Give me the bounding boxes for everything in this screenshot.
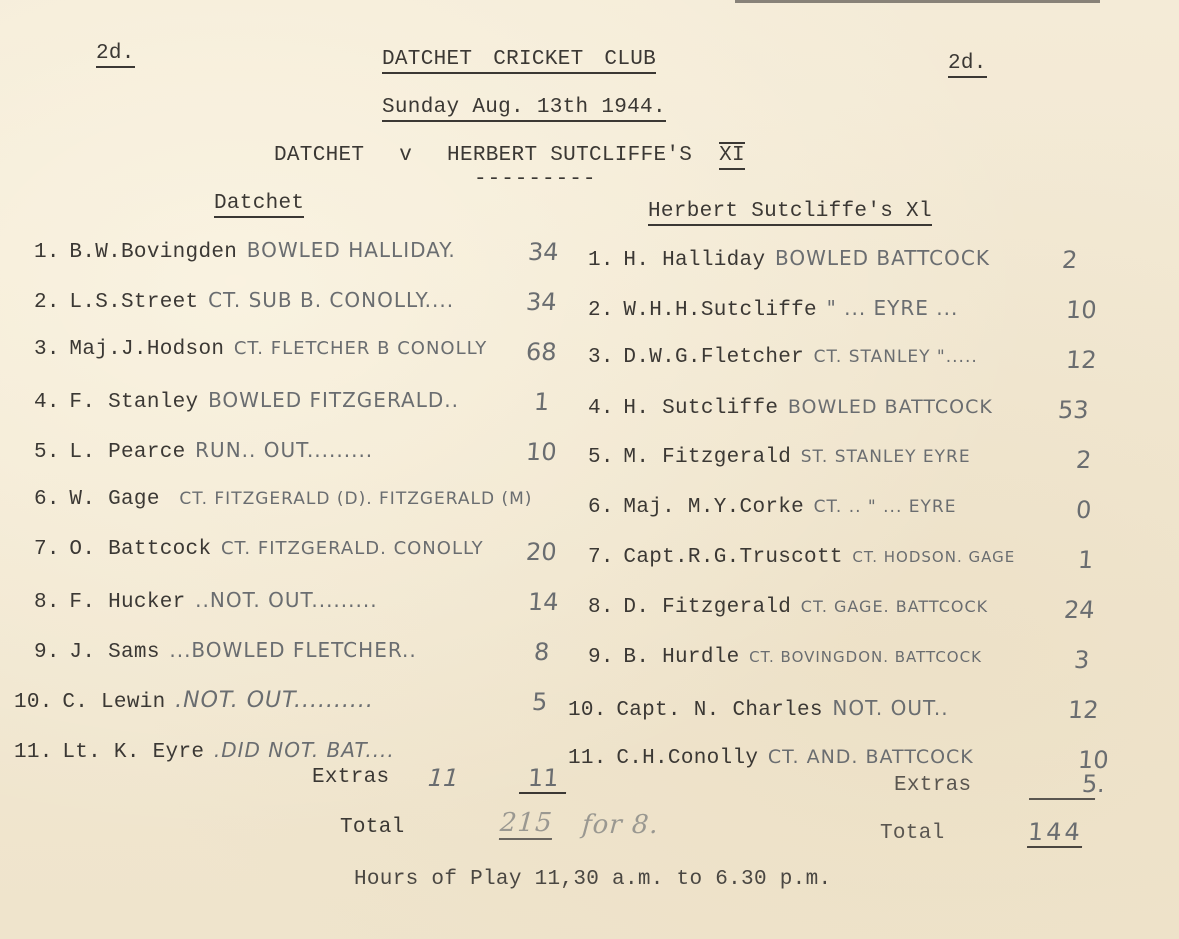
player-number: 7. [34, 538, 60, 561]
datchet-total-note: for 8. [581, 810, 660, 840]
runs: 14 [527, 588, 560, 616]
player-name: C.H.Conolly [616, 747, 758, 770]
player-name: O. Battcock [69, 538, 211, 561]
runs: 20 [525, 538, 558, 566]
price-left: 2d. [96, 42, 135, 68]
player-name: Maj. M.Y.Corke [623, 496, 804, 519]
player-name: W. Gage [69, 488, 159, 511]
runs: 1 [533, 388, 550, 416]
player-name: L.S.Street [69, 291, 198, 314]
runs: 2 [1075, 446, 1092, 474]
runs: 24 [1063, 596, 1096, 624]
runs: 5 [531, 688, 548, 716]
player-name: M. Fitzgerald [623, 446, 791, 469]
fixture-xi: XI [719, 142, 745, 170]
club-title: DATCHET CRICKET CLUB [382, 48, 656, 74]
dismissal: Ct. .. " ... Eyre [814, 497, 957, 517]
player-name: H. Halliday [623, 249, 765, 272]
runs: 12 [1067, 696, 1100, 724]
paper-edge-line [735, 0, 1100, 3]
visitors-extras-value: 5. [1029, 770, 1097, 800]
runs: 68 [525, 338, 558, 366]
dismissal: Ct. Fletcher B Conolly [234, 338, 487, 359]
datchet-row-5: 5. L. Pearce Run.. Out......... 10 [34, 438, 373, 468]
player-number: 7. [588, 546, 614, 569]
visitors-total-label: Total [880, 822, 945, 845]
dismissal: Ct. Fitzgerald (D). Fitzgerald (M) [179, 489, 532, 509]
datchet-row-6: 6. W. Gage Ct. Fitzgerald (D). Fitzgeral… [34, 488, 532, 518]
visitors-row-4: 4. H. Sutcliffe Bowled Battcock 53 [588, 396, 993, 426]
datchet-row-11: 11. Lt. K. Eyre .Did Not. Bat.... [14, 738, 395, 768]
match-date: Sunday Aug. 13th 1944. [382, 96, 666, 119]
fixture-versus: v [399, 144, 412, 167]
dismissal: Ct. Gage. Battcock [801, 597, 988, 616]
player-name: W.H.H.Sutcliffe [623, 299, 817, 322]
fixture-line: DATCHET v HERBERT SUTCLIFFE'S XI [274, 144, 745, 167]
datchet-row-3: 3. Maj.J.Hodson Ct. Fletcher B Conolly 6… [34, 338, 487, 368]
datchet-row-9: 9. J. Sams ...Bowled Fletcher.. 8 [34, 638, 417, 668]
player-name: Maj.J.Hodson [69, 338, 224, 361]
player-number: 2. [34, 291, 60, 314]
dismissal: Ct. Sub B. Conolly.... [208, 288, 454, 312]
runs: 12 [1065, 346, 1098, 374]
dismissal: Ct. Fitzgerald. Conolly [221, 538, 484, 559]
player-number: 9. [34, 641, 60, 664]
dismissal: Bowled Halliday. [247, 238, 456, 262]
player-name: F. Hucker [69, 591, 185, 614]
dismissal: ...Bowled Fletcher.. [169, 638, 416, 662]
player-number: 8. [34, 591, 60, 614]
datchet-total-label: Total [340, 816, 405, 839]
visitors-row-6: 6. Maj. M.Y.Corke Ct. .. " ... Eyre 0 [588, 496, 956, 526]
datchet-extras-note: 11 [427, 764, 460, 792]
player-number: 1. [34, 241, 60, 264]
dismissal: Ct. Bovingdon. Battcock [749, 648, 982, 666]
datchet-row-1: 1. B.W.Bovingden Bowled Halliday. 34 [34, 238, 456, 268]
player-name: J. Sams [69, 641, 159, 664]
player-name: L. Pearce [69, 441, 185, 464]
visitors-row-10: 10. Capt. N. Charles Not. Out.. 12 [568, 696, 949, 726]
player-name: Lt. K. Eyre [62, 741, 204, 764]
visitors-row-9: 9. B. Hurdle Ct. Bovingdon. Battcock 3 [588, 646, 982, 676]
dismissal: " ... Eyre ... [827, 296, 959, 320]
player-name: B. Hurdle [623, 646, 739, 669]
player-number: 3. [34, 338, 60, 361]
visitors-row-3: 3. D.W.G.Fletcher Ct. Stanley "..... 12 [588, 346, 978, 376]
player-number: 11. [568, 747, 607, 770]
player-number: 6. [588, 496, 614, 519]
player-name: F. Stanley [69, 391, 198, 414]
datchet-row-10: 10. C. Lewin .Not. Out.......... 5 [14, 688, 374, 718]
fixture-home: DATCHET [274, 144, 364, 167]
runs: 53 [1057, 396, 1090, 424]
dismissal: Bowled Battcock [775, 246, 990, 270]
player-number: 9. [588, 646, 614, 669]
runs: 3 [1073, 646, 1090, 674]
visitors-row-8: 8. D. Fitzgerald Ct. Gage. Battcock 24 [588, 596, 988, 626]
visitors-row-7: 7. Capt.R.G.Truscott Ct. Hodson. Gage 1 [588, 546, 1015, 576]
player-number: 2. [588, 299, 614, 322]
dismissal: St. Stanley Eyre [801, 447, 971, 467]
match-date-text: Sunday Aug. 13th 1944. [382, 96, 666, 122]
player-number: 8. [588, 596, 614, 619]
visitors-row-1: 1. H. Halliday Bowled Battcock 2 [588, 246, 990, 276]
datchet-row-7: 7. O. Battcock Ct. Fitzgerald. Conolly 2… [34, 538, 484, 568]
dismissal: Bowled Battcock [788, 396, 993, 418]
dismissal: ..Not. Out......... [195, 588, 377, 612]
player-number: 5. [34, 441, 60, 464]
runs: 0 [1075, 496, 1092, 524]
runs: 34 [527, 238, 560, 266]
player-number: 4. [34, 391, 60, 414]
dismissal: Ct. Stanley "..... [814, 347, 978, 367]
player-number: 11. [14, 741, 53, 764]
player-number: 6. [34, 488, 60, 511]
runs: 34 [525, 288, 558, 316]
player-name: B.W.Bovingden [69, 241, 237, 264]
hours-of-play: Hours of Play 11,30 a.m. to 6.30 p.m. [354, 868, 831, 891]
dismissal: Ct. And. Battcock [768, 746, 974, 768]
visitors-row-2: 2. W.H.H.Sutcliffe " ... Eyre ... 10 [588, 296, 958, 326]
runs: 2 [1061, 246, 1078, 274]
dismissal: Run.. Out......... [195, 438, 373, 462]
visitors-total-value: 144 [1027, 818, 1084, 848]
runs: 8 [533, 638, 550, 666]
player-name: Capt. N. Charles [616, 699, 822, 722]
datchet-total-value: 215 [499, 808, 554, 840]
datchet-row-2: 2. L.S.Street Ct. Sub B. Conolly.... 34 [34, 288, 454, 318]
player-number: 3. [588, 346, 614, 369]
header-divider: --------- [474, 168, 596, 191]
player-name: Capt.R.G.Truscott [623, 546, 842, 569]
dismissal: Bowled Fitzgerald.. [208, 388, 459, 412]
player-number: 4. [588, 397, 614, 420]
datchet-extras-value: 11 [519, 764, 568, 794]
player-number: 10. [568, 699, 607, 722]
player-name: D.W.G.Fletcher [623, 346, 804, 369]
datchet-row-4: 4. F. Stanley Bowled Fitzgerald.. 1 [34, 388, 459, 418]
price-right: 2d. [948, 52, 987, 78]
player-name: H. Sutcliffe [623, 397, 778, 420]
dismissal: .Did Not. Bat.... [214, 738, 395, 762]
dismissal: Not. Out.. [832, 696, 948, 720]
dismissal: Ct. Hodson. Gage [852, 548, 1015, 566]
player-number: 10. [14, 691, 53, 714]
runs: 1 [1077, 546, 1094, 574]
player-name: C. Lewin [62, 691, 165, 714]
player-name: D. Fitzgerald [623, 596, 791, 619]
datchet-extras-label: Extras [312, 766, 389, 789]
fixture-away: HERBERT SUTCLIFFE'S [447, 144, 692, 167]
runs: 10 [1065, 296, 1098, 324]
runs: 10 [525, 438, 558, 466]
player-number: 1. [588, 249, 614, 272]
dismissal: .Not. Out.......... [175, 688, 374, 713]
visitors-extras-label: Extras [894, 774, 971, 797]
visitors-row-5: 5. M. Fitzgerald St. Stanley Eyre 2 [588, 446, 971, 476]
datchet-heading: Datchet [214, 192, 304, 218]
visitors-heading: Herbert Sutcliffe's Xl [648, 200, 932, 226]
player-number: 5. [588, 446, 614, 469]
datchet-row-8: 8. F. Hucker ..Not. Out......... 14 [34, 588, 378, 618]
visitors-row-11: 11. C.H.Conolly Ct. And. Battcock 10 [568, 746, 974, 776]
